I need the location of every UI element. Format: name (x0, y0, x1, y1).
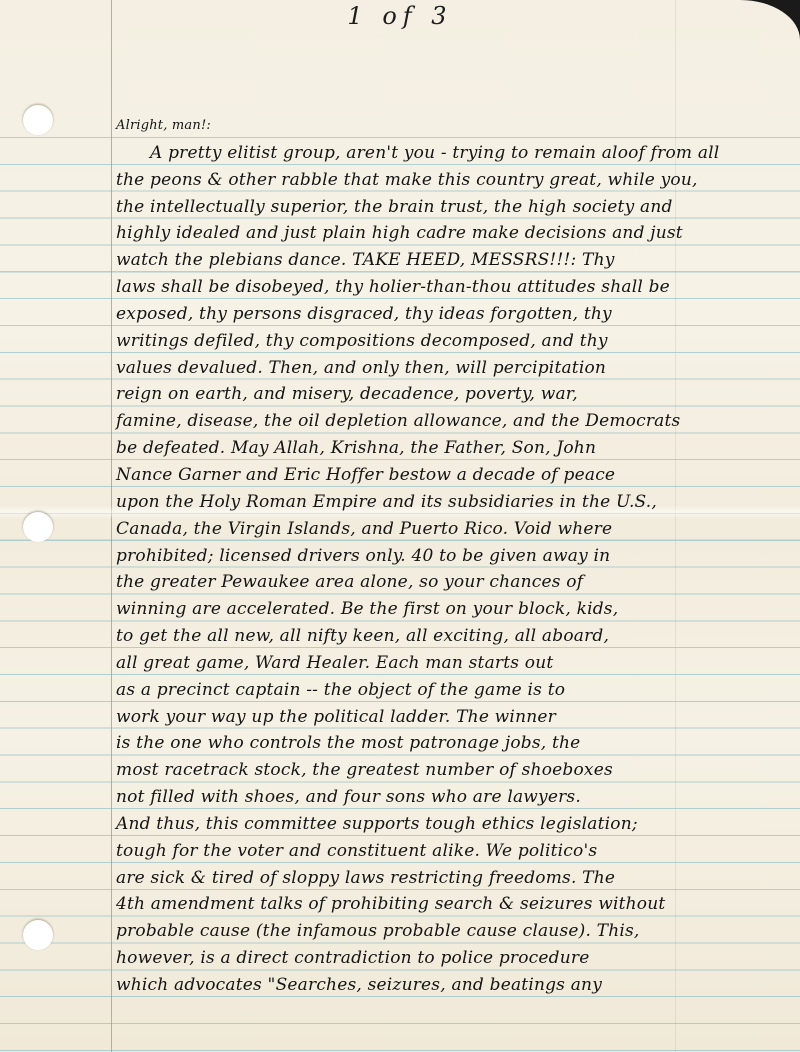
text-line: highly idealed and just plain high cadre… (116, 220, 736, 247)
text-line: the greater Pewaukee area alone, so your… (116, 569, 736, 596)
letter-body: Alright, man!: A pretty elitist group, a… (116, 113, 736, 999)
text-line: which advocates "Searches, seizures, and… (116, 972, 736, 999)
text-line: A pretty elitist group, aren't you - try… (116, 140, 736, 167)
left-margin-line (111, 0, 112, 1052)
text-line: as a precinct captain -- the object of t… (116, 677, 736, 704)
text-line: probable cause (the infamous probable ca… (116, 918, 736, 945)
text-line: And thus, this committee supports tough … (116, 811, 736, 838)
text-line: are sick & tired of sloppy laws restrict… (116, 865, 736, 892)
text-line: writings defiled, thy compositions decom… (116, 328, 736, 355)
text-line: prohibited; licensed drivers only. 40 to… (116, 543, 736, 570)
text-line: Canada, the Virgin Islands, and Puerto R… (116, 516, 736, 543)
text-line: be defeated. May Allah, Krishna, the Fat… (116, 435, 736, 462)
text-line: tough for the voter and constituent alik… (116, 838, 736, 865)
text-line: not filled with shoes, and four sons who… (116, 784, 736, 811)
handwritten-letter-page: 1 of 3 Alright, man!: A pretty elitist g… (0, 0, 800, 1052)
text-line: upon the Holy Roman Empire and its subsi… (116, 489, 736, 516)
text-line: however, is a direct contradiction to po… (116, 945, 736, 972)
text-line: Nance Garner and Eric Hoffer bestow a de… (116, 462, 736, 489)
text-line: watch the plebians dance. TAKE HEED, MES… (116, 247, 736, 274)
page-indicator: 1 of 3 (0, 2, 800, 30)
text-line: famine, disease, the oil depletion allow… (116, 408, 736, 435)
binder-hole-top (23, 105, 53, 135)
text-line: values devalued. Then, and only then, wi… (116, 355, 736, 382)
text-line: the intellectually superior, the brain t… (116, 194, 736, 221)
text-line: exposed, thy persons disgraced, thy idea… (116, 301, 736, 328)
text-line: is the one who controls the most patrona… (116, 730, 736, 757)
text-line: reign on earth, and misery, decadence, p… (116, 381, 736, 408)
binder-hole-bottom (23, 920, 53, 950)
text-line: to get the all new, all nifty keen, all … (116, 623, 736, 650)
text-line: work your way up the political ladder. T… (116, 704, 736, 731)
salutation: Alright, man!: (116, 113, 736, 140)
text-line: all great game, Ward Healer. Each man st… (116, 650, 736, 677)
text-line: the peons & other rabble that make this … (116, 167, 736, 194)
text-line: most racetrack stock, the greatest numbe… (116, 757, 736, 784)
binder-hole-middle (23, 512, 53, 542)
text-line: 4th amendment talks of prohibiting searc… (116, 891, 736, 918)
text-line: winning are accelerated. Be the first on… (116, 596, 736, 623)
text-line: laws shall be disobeyed, thy holier-than… (116, 274, 736, 301)
